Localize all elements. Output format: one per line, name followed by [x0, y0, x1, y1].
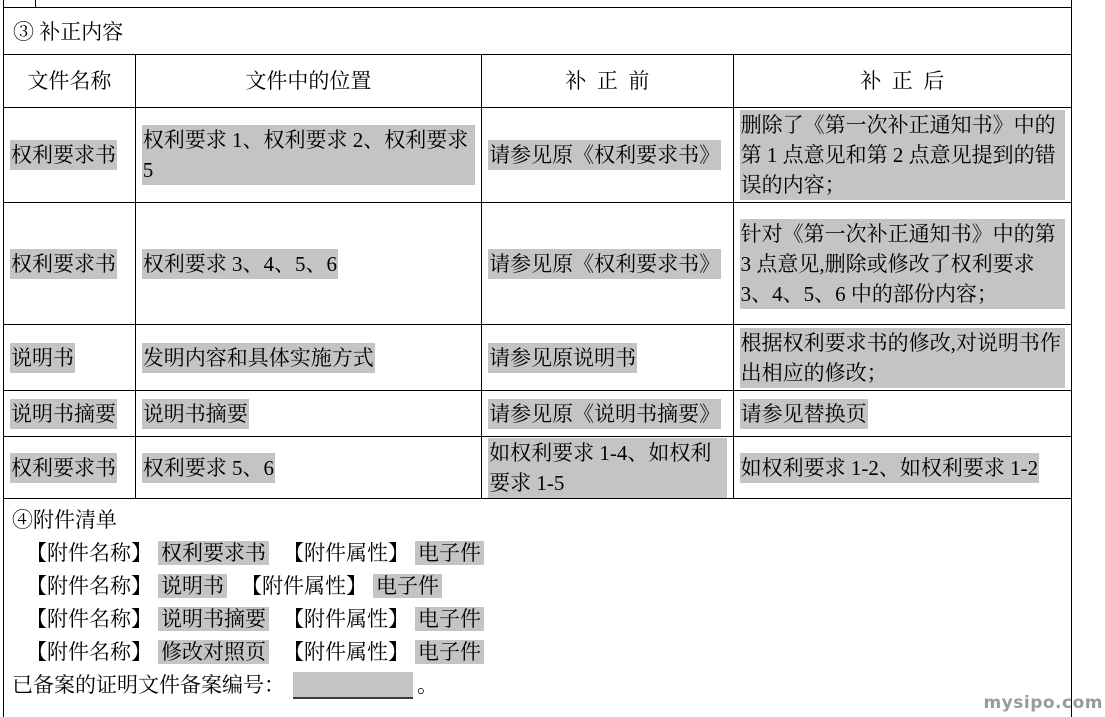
cell-file-name: 说明书摘要	[4, 391, 136, 436]
watermark: mysipo.com	[983, 693, 1103, 713]
record-number-label: 已备案的证明文件备案编号：	[12, 673, 285, 697]
attachment-name-label: 【附件名称】	[26, 607, 152, 631]
attachment-name-value: 说明书摘要	[158, 607, 269, 631]
section4-attachment-list: ④附件清单 【附件名称】权利要求书【附件属性】电子件 【附件名称】说明书【附件属…	[4, 499, 1071, 702]
correction-form-table: ③ 补正内容 文件名称 文件中的位置 补 正 前 补 正 后 权利要求书 权利要…	[3, 0, 1072, 717]
cell-after: 请参见替换页	[734, 391, 1071, 436]
attachment-attr-label: 【附件属性】	[283, 640, 409, 664]
section3-title-text: ③ 补正内容	[13, 16, 123, 46]
cell-position: 说明书摘要	[136, 391, 482, 436]
cell-before: 请参见原《权利要求书》	[482, 108, 734, 202]
record-number-period: 。	[417, 673, 438, 697]
cell-position: 发明内容和具体实施方式	[136, 325, 482, 390]
cell-position: 权利要求 1、权利要求 2、权利要求 5	[136, 108, 482, 202]
section4-title: ④附件清单	[12, 504, 1063, 537]
table-row: 权利要求书 权利要求 5、6 如权利要求 1-4、如权利要求 1-5 如权利要求…	[4, 437, 1071, 499]
attachment-name-value: 权利要求书	[158, 541, 269, 565]
cell-before: 如权利要求 1-4、如权利要求 1-5	[482, 437, 734, 498]
attachment-line: 【附件名称】说明书【附件属性】电子件	[12, 570, 1063, 603]
table-row: 权利要求书 权利要求 3、4、5、6 请参见原《权利要求书》 针对《第一次补正通…	[4, 203, 1071, 325]
attachment-name-label: 【附件名称】	[26, 640, 152, 664]
column-header-before: 补 正 前	[482, 55, 734, 107]
cell-file-name: 说明书	[4, 325, 136, 390]
table-header-row: 文件名称 文件中的位置 补 正 前 补 正 后	[4, 55, 1071, 108]
column-header-after: 补 正 后	[734, 55, 1071, 107]
attachment-attr-value: 电子件	[373, 574, 442, 598]
cell-before: 请参见原说明书	[482, 325, 734, 390]
cropped-row-remnant	[4, 0, 1071, 8]
attachment-attr-value: 电子件	[415, 640, 484, 664]
attachment-name-label: 【附件名称】	[26, 574, 152, 598]
attachment-attr-value: 电子件	[415, 541, 484, 565]
cell-file-name: 权利要求书	[4, 203, 136, 324]
record-number-blank-field[interactable]	[293, 672, 413, 699]
cell-after: 如权利要求 1-2、如权利要求 1-2	[734, 437, 1071, 498]
column-header-file-name: 文件名称	[4, 55, 136, 107]
table-row: 权利要求书 权利要求 1、权利要求 2、权利要求 5 请参见原《权利要求书》 删…	[4, 108, 1071, 203]
cell-file-name: 权利要求书	[4, 437, 136, 498]
table-row: 说明书 发明内容和具体实施方式 请参见原说明书 根据权利要求书的修改,对说明书作…	[4, 325, 1071, 391]
attachment-line: 【附件名称】权利要求书【附件属性】电子件	[12, 537, 1063, 570]
cell-after: 删除了《第一次补正通知书》中的第 1 点意见和第 2 点意见提到的错误的内容；	[734, 108, 1071, 202]
attachment-attr-label: 【附件属性】	[283, 607, 409, 631]
attachment-name-value: 修改对照页	[158, 640, 269, 664]
attachment-line: 【附件名称】说明书摘要【附件属性】电子件	[12, 603, 1063, 636]
column-header-position: 文件中的位置	[136, 55, 482, 107]
attachment-name-label: 【附件名称】	[26, 541, 152, 565]
attachment-attr-label: 【附件属性】	[283, 541, 409, 565]
cell-position: 权利要求 3、4、5、6	[136, 203, 482, 324]
section3-title: ③ 补正内容	[4, 8, 1071, 55]
cell-file-name: 权利要求书	[4, 108, 136, 202]
attachment-attr-value: 电子件	[415, 607, 484, 631]
cell-before: 请参见原《权利要求书》	[482, 203, 734, 324]
cell-before: 请参见原《说明书摘要》	[482, 391, 734, 436]
attachment-line: 【附件名称】修改对照页【附件属性】电子件	[12, 636, 1063, 669]
record-number-line: 已备案的证明文件备案编号：。	[12, 669, 1063, 702]
cell-position: 权利要求 5、6	[136, 437, 482, 498]
table-row: 说明书摘要 说明书摘要 请参见原《说明书摘要》 请参见替换页	[4, 391, 1071, 437]
attachment-name-value: 说明书	[158, 574, 227, 598]
cell-after: 根据权利要求书的修改,对说明书作出相应的修改；	[734, 325, 1071, 390]
attachment-attr-label: 【附件属性】	[241, 574, 367, 598]
cell-after: 针对《第一次补正通知书》中的第 3 点意见,删除或修改了权利要求 3、4、5、6…	[734, 203, 1071, 324]
